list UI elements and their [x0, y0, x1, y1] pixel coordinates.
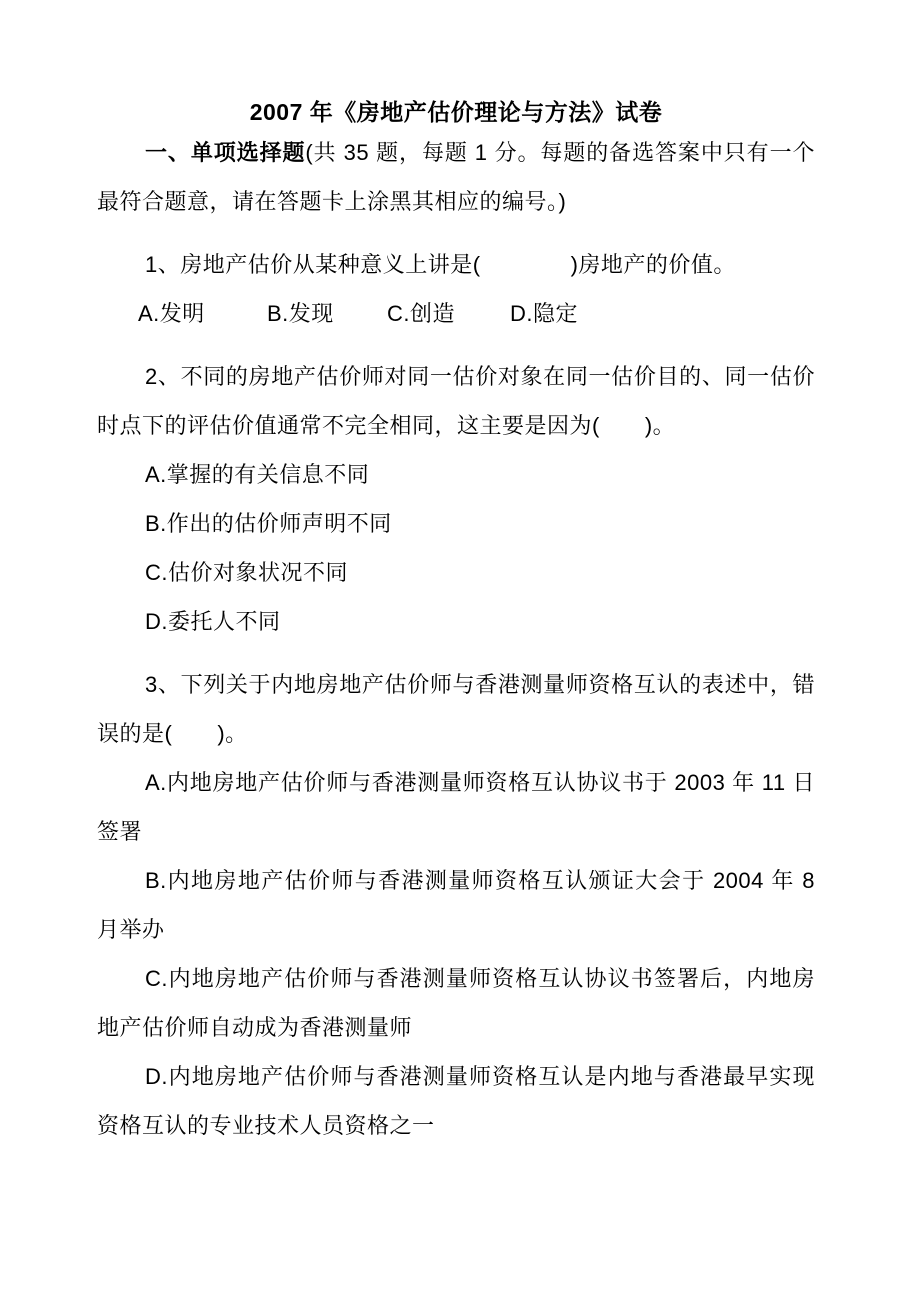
question-2-stem: 2、不同的房地产估价师对同一估价对象在同一估价目的、同一估价时点下的评估价值通常…: [97, 352, 815, 450]
question-3-option-a: A.内地房地产估价师与香港测量师资格互认协议书于 2003 年 11 日签署: [97, 758, 815, 856]
question-3: 3、下列关于内地房地产估价师与香港测量师资格互认的表述中，错误的是( )。 A.…: [97, 660, 815, 1150]
section-heading-number: 一、单项选择题: [145, 140, 305, 165]
question-2: 2、不同的房地产估价师对同一估价对象在同一估价目的、同一估价时点下的评估价值通常…: [97, 352, 815, 646]
question-3-option-b: B.内地房地产估价师与香港测量师资格互认颁证大会于 2004 年 8 月举办: [97, 856, 815, 954]
question-2-option-c: C.估价对象状况不同: [97, 548, 815, 597]
question-1: 1、房地产估价从某种意义上讲是( )房地产的价值。 A.发明 B.发现 C.创造…: [97, 240, 815, 338]
question-1-option-d: D.隐定: [510, 289, 815, 338]
question-1-option-c: C.创造: [387, 289, 510, 338]
question-2-option-d: D.委托人不同: [97, 597, 815, 646]
page-title: 2007 年《房地产估价理论与方法》试卷: [97, 97, 815, 128]
question-3-option-d: D.内地房地产估价师与香港测量师资格互认是内地与香港最早实现资格互认的专业技术人…: [97, 1052, 815, 1150]
question-2-option-a: A.掌握的有关信息不同: [97, 450, 815, 499]
exam-paper-page: 2007 年《房地产估价理论与方法》试卷 一、单项选择题(共 35 题，每题 1…: [0, 0, 920, 1302]
section-heading: 一、单项选择题(共 35 题，每题 1 分。每题的备选答案中只有一个最符合题意，…: [97, 128, 815, 226]
question-1-stem: 1、房地产估价从某种意义上讲是( )房地产的价值。: [97, 240, 815, 289]
question-1-option-a: A.发明: [138, 289, 267, 338]
question-3-stem: 3、下列关于内地房地产估价师与香港测量师资格互认的表述中，错误的是( )。: [97, 660, 815, 758]
exam-paper-content: 2007 年《房地产估价理论与方法》试卷 一、单项选择题(共 35 题，每题 1…: [97, 97, 815, 1150]
question-1-option-b: B.发现: [267, 289, 387, 338]
question-3-option-c: C.内地房地产估价师与香港测量师资格互认协议书签署后，内地房地产估价师自动成为香…: [97, 954, 815, 1052]
question-1-options: A.发明 B.发现 C.创造 D.隐定: [97, 289, 815, 338]
question-2-option-b: B.作出的估价师声明不同: [97, 499, 815, 548]
